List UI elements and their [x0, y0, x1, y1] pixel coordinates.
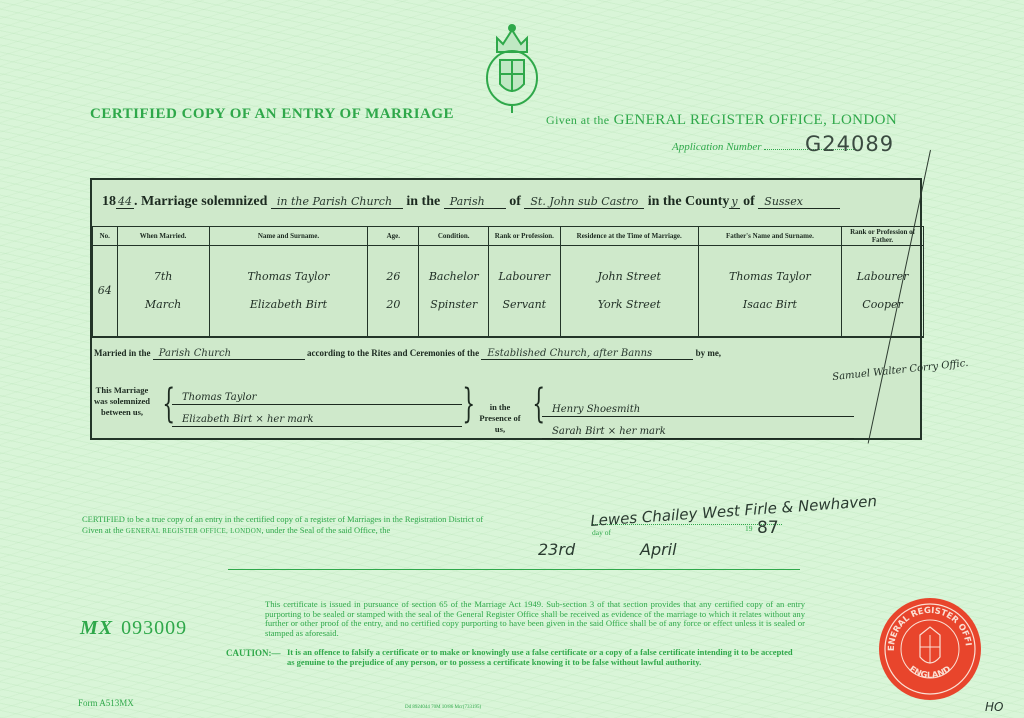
issuing-office-name: GENERAL REGISTER OFFICE, LONDON	[614, 112, 898, 128]
application-label-text: Application Number	[672, 141, 762, 153]
caution-label: CAUTION:—	[226, 648, 281, 658]
serial-prefix: MX	[80, 617, 113, 639]
certification-text: CERTIFIED to be a true copy of an entry …	[82, 514, 572, 537]
serial-number: 093009	[121, 617, 187, 639]
under-seal: , under the Seal of the said Office, the	[262, 525, 391, 535]
clerk-initials: HO	[985, 700, 1003, 714]
col-residence: Residence at the Time of Marriage.	[560, 227, 698, 246]
day-of-label: day of	[592, 528, 611, 537]
names: Thomas TaylorElizabeth Birt	[209, 246, 368, 338]
col-name: Name and Surname.	[209, 227, 368, 246]
groom-name: Thomas Taylor	[211, 263, 367, 291]
rites-label: according to the Rites and Ceremonies of…	[307, 348, 479, 358]
married-in-label: Married in the	[94, 348, 151, 358]
bride-rank: Servant	[490, 291, 559, 319]
party-signature-1: Thomas Taylor	[172, 390, 462, 405]
bride-condition: Spinster	[420, 291, 487, 319]
col-condition: Condition.	[419, 227, 489, 246]
marriage-day: 7th	[119, 263, 208, 291]
married-in-value: Parish Church	[153, 348, 305, 360]
certificate-title: CERTIFIED COPY OF AN ENTRY OF MARRIAGE	[90, 106, 454, 123]
officiant-signature: Samuel Walter Corry Offic.	[832, 358, 969, 383]
solemnized-where: in the Parish Church	[271, 195, 403, 209]
county-of-label: of	[743, 194, 755, 209]
certification-line-2: Given at the General Register Office, Lo…	[82, 525, 572, 537]
print-code: Dd 8924044 70M 10/86 Mcr(733195)	[405, 705, 481, 710]
parish-name: St. John sub Castro	[524, 195, 644, 209]
witness-signature-2: Sarah Birt × her mark	[542, 424, 854, 439]
issuing-office: Given at the GENERAL REGISTER OFFICE, LO…	[546, 112, 897, 129]
certification-month: April	[640, 540, 677, 559]
married-in-line: Married in the Parish Church according t…	[94, 348, 721, 360]
when-married: 7thMarch	[117, 246, 209, 338]
bride-father: Isaac Birt	[700, 291, 840, 319]
groom-residence: John Street	[562, 263, 697, 291]
rites-value: Established Church, after Banns	[481, 348, 693, 360]
groom-rank: Labourer	[490, 263, 559, 291]
marriage-register-entry: 1844. Marriage solemnized in the Parish …	[90, 178, 922, 440]
party-signature-2: Elizabeth Birt × her mark	[172, 412, 462, 427]
witness-signature-1: Henry Shoesmith	[542, 402, 854, 417]
col-age: Age.	[368, 227, 419, 246]
col-when-married: When Married.	[117, 227, 209, 246]
by-me-label: by me,	[696, 348, 722, 358]
certificate-serial: MX093009	[80, 617, 187, 640]
office-smallcaps: General Register Office, London	[126, 527, 262, 535]
certified-rest: to be a true copy of an entry in the cer…	[125, 514, 483, 524]
of-label: of	[509, 194, 521, 209]
year-prefix: 18	[102, 194, 116, 209]
certification-line-1: CERTIFIED to be a true copy of an entry …	[82, 514, 572, 525]
father-ranks: LabourerCooper	[842, 246, 924, 338]
ranks: LabourerServant	[489, 246, 561, 338]
col-rank: Rank or Profession.	[489, 227, 561, 246]
county-label: in the County	[648, 194, 730, 209]
application-number: G24089	[805, 132, 894, 156]
fathers: Thomas TaylorIsaac Birt	[698, 246, 841, 338]
register-heading: 1844. Marriage solemnized in the Parish …	[102, 194, 840, 210]
conditions: BachelorSpinster	[419, 246, 489, 338]
certification-year: 87	[757, 518, 779, 538]
county-hand: y	[729, 195, 739, 209]
solemnized-label: . Marriage solemnized	[134, 194, 267, 209]
wax-seal-icon: GENERAL REGISTER OFFICE ENGLAND	[878, 597, 982, 701]
marriage-month: March	[119, 291, 208, 319]
groom-father-rank: Labourer	[843, 263, 922, 291]
year-hand: 44	[116, 195, 134, 209]
between-label: This Marriage was solemnized between us,	[92, 385, 152, 418]
col-no: No.	[93, 227, 118, 246]
presence-label: in the Presence of us,	[475, 402, 525, 435]
bride-residence: York Street	[562, 291, 697, 319]
royal-coat-of-arms-icon	[483, 22, 541, 114]
certified-word: CERTIFIED	[82, 514, 125, 524]
legal-notice: This certificate is issued in pursuance …	[265, 600, 805, 638]
entry-number: 64	[93, 246, 118, 338]
bride-father-rank: Cooper	[843, 291, 922, 319]
given-at: Given at the	[82, 525, 126, 535]
residences: John StreetYork Street	[560, 246, 698, 338]
groom-father: Thomas Taylor	[700, 263, 840, 291]
bride-name: Elizabeth Birt	[211, 291, 367, 319]
bride-age: 20	[369, 291, 417, 319]
groom-age: 26	[369, 263, 417, 291]
issuing-office-prefix: Given at the	[546, 113, 609, 127]
in-the-label: in the	[406, 194, 440, 209]
table-row: 64 7thMarch Thomas TaylorElizabeth Birt …	[93, 246, 924, 338]
col-father-name: Father's Name and Surname.	[698, 227, 841, 246]
right-brace: }	[462, 384, 475, 424]
form-number: Form A513MX	[78, 698, 134, 708]
signature-line	[228, 569, 800, 570]
table-header-row: No. When Married. Name and Surname. Age.…	[93, 227, 924, 246]
certification-day: 23rd	[538, 540, 575, 559]
county-name: Sussex	[758, 195, 840, 209]
parish-type: Parish	[444, 195, 506, 209]
register-table: No. When Married. Name and Surname. Age.…	[92, 226, 924, 338]
ages: 2620	[368, 246, 419, 338]
year-prefix-label: 19	[745, 524, 753, 533]
groom-condition: Bachelor	[420, 263, 487, 291]
caution-text: It is an offence to falsify a certificat…	[287, 648, 802, 667]
